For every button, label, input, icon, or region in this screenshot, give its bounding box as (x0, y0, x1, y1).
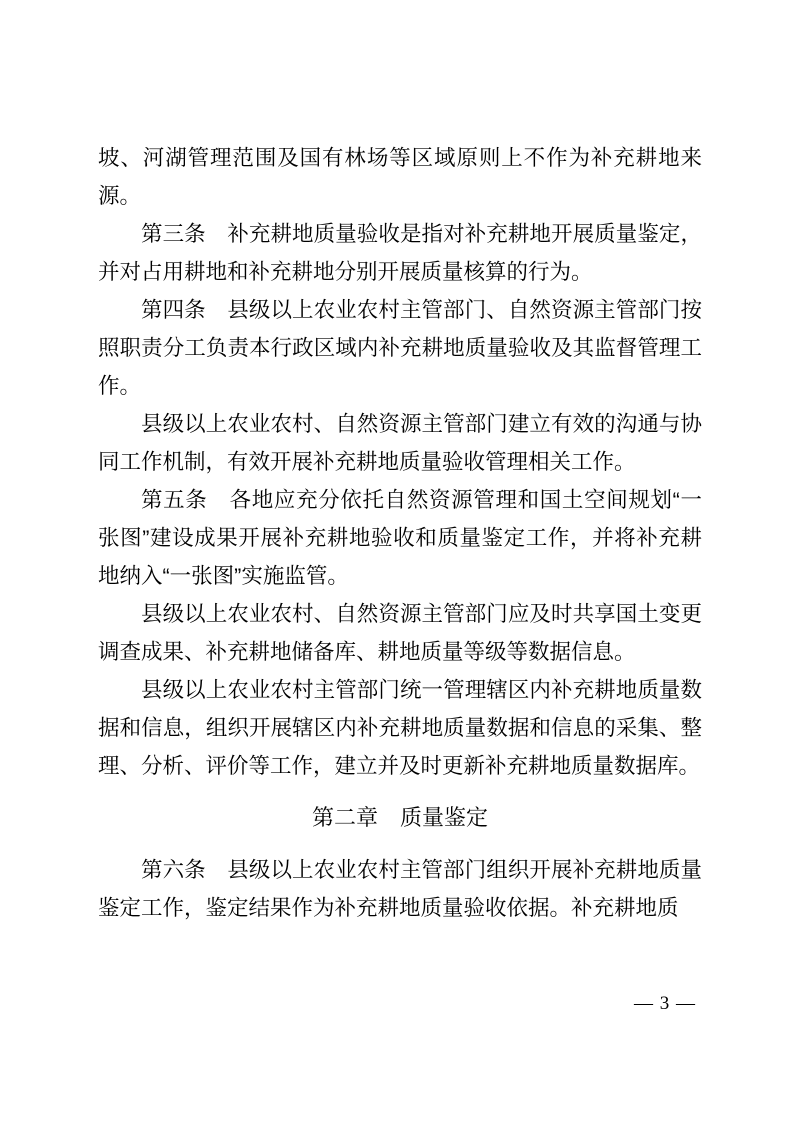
chapter-heading: 第二章 质量鉴定 (98, 799, 702, 837)
paragraph-article-6: 第六条 县级以上农业农村主管部门组织开展补充耕地质量鉴定工作，鉴定结果作为补充耕… (98, 851, 702, 927)
paragraph-article-5-cont-2: 县级以上农业农村主管部门统一管理辖区内补充耕地质量数据和信息，组织开展辖区内补充… (98, 671, 702, 785)
document-page: 坡、河湖管理范围及国有林场等区域原则上不作为补充耕地来源。 第三条 补充耕地质量… (0, 0, 800, 1132)
paragraph-continuation: 坡、河湖管理范围及国有林场等区域原则上不作为补充耕地来源。 (98, 139, 702, 215)
page-number: — 3 — (634, 992, 696, 1016)
document-body: 坡、河湖管理范围及国有林场等区域原则上不作为补充耕地来源。 第三条 补充耕地质量… (98, 139, 702, 927)
paragraph-article-4: 第四条 县级以上农业农村主管部门、自然资源主管部门按照职责分工负责本行政区域内补… (98, 291, 702, 405)
paragraph-article-5-cont-1: 县级以上农业农村、自然资源主管部门应及时共享国土变更调查成果、补充耕地储备库、耕… (98, 595, 702, 671)
paragraph-article-5: 第五条 各地应充分依托自然资源管理和国土空间规划“一张图”建设成果开展补充耕地验… (98, 481, 702, 595)
paragraph-article-4-cont: 县级以上农业农村、自然资源主管部门建立有效的沟通与协同工作机制，有效开展补充耕地… (98, 405, 702, 481)
paragraph-article-3: 第三条 补充耕地质量验收是指对补充耕地开展质量鉴定，并对占用耕地和补充耕地分别开… (98, 215, 702, 291)
